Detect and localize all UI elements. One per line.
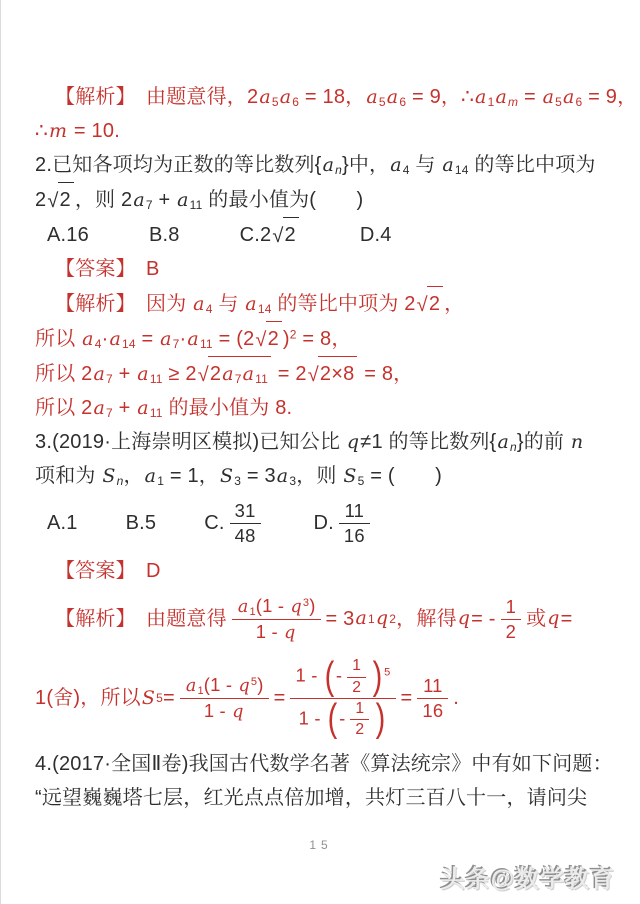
text-run: 【答案】 B xyxy=(55,258,160,280)
math-variable: a xyxy=(562,86,576,108)
text-line: 所以 2a7 + a11 的最小值为 8. xyxy=(35,391,615,425)
text-run: C. xyxy=(204,511,224,536)
subscript: 11 xyxy=(190,198,203,212)
text-run: ) xyxy=(257,674,263,695)
text-run: 的等比中项为 xyxy=(469,154,596,176)
subscript: 11 xyxy=(150,372,163,386)
text-line: 【解析】 因为 a4 与 a14 的等比中项为 22， xyxy=(35,286,615,321)
text-line: 22，则 2a7 + a11 的最小值为( ) xyxy=(35,182,615,217)
text-run: 1 - xyxy=(256,621,283,642)
math-variable: q xyxy=(231,702,244,722)
text-run: = - xyxy=(471,607,496,632)
text-run: 4.(2017·全国Ⅱ卷)我国古代数学名著《算法统宗》中有如下问题： xyxy=(35,753,613,775)
math-variable: q xyxy=(346,431,360,453)
text-line: 所以 a4·a14 = a7·a11 = (22)2 = 8， xyxy=(35,321,615,356)
math-variable: a xyxy=(92,363,106,385)
text-run: = xyxy=(136,328,159,350)
denominator: 48 xyxy=(230,524,261,548)
subscript: 7 xyxy=(146,198,153,212)
math-variable: q xyxy=(546,607,560,631)
text-run: + xyxy=(153,189,176,211)
math-variable: a xyxy=(474,86,488,108)
text-run: = xyxy=(163,686,175,711)
text-run: 2 xyxy=(355,721,364,738)
big-paren: ( xyxy=(324,662,334,693)
text-run: 1 xyxy=(355,700,364,717)
fraction: a1(1 - q5)1 - q xyxy=(180,673,269,723)
text-line: 1(舍)，所以 S5 = a1(1 - q5)1 - q = 1 - (-12)… xyxy=(35,650,615,746)
text-line: 所以 2a7 + a11 ≥ 22a7a11 = 22×8 = 8， xyxy=(35,356,615,391)
math-variable: S xyxy=(141,687,156,711)
text-run: . xyxy=(453,686,459,711)
text-run: 与 xyxy=(410,154,442,176)
text-run: 1 - xyxy=(299,708,326,729)
math-variable: a xyxy=(441,154,455,176)
text-run: = xyxy=(518,86,541,108)
numerator: 11 xyxy=(339,499,370,524)
text-run: 1 - xyxy=(295,665,322,686)
fraction: 1116 xyxy=(417,674,448,723)
denominator: 1 - q xyxy=(180,699,269,724)
fraction: 12 xyxy=(501,595,521,644)
math-variable: a xyxy=(136,397,150,419)
text-run: 1 xyxy=(506,596,516,617)
text-run: 11 xyxy=(345,500,365,521)
math-variable: a xyxy=(276,465,290,487)
fraction: 12 xyxy=(347,656,366,698)
page-number: 15 xyxy=(1,838,640,852)
numerator: a1(1 - q3) xyxy=(232,594,321,620)
text-run: ，则 2 xyxy=(75,189,132,211)
text-run: 2 xyxy=(35,189,46,211)
text-run: = 10. xyxy=(68,120,120,142)
text-run: = 9，∴ xyxy=(406,86,474,108)
text-run: 的最小值为 8. xyxy=(163,397,293,419)
text-run: 11 xyxy=(423,675,443,696)
numerator: 1 - (-12)5 xyxy=(290,656,395,699)
text-run: }的前 xyxy=(517,431,570,453)
sqrt-radical: 2 xyxy=(255,321,282,356)
subscript: n xyxy=(335,163,342,177)
text-run: 的最小值为( ) xyxy=(203,189,364,211)
text-run: “远望巍巍塔七层，红光点点倍加增，共灯三百八十一，请问尖 xyxy=(35,787,587,809)
text-run: 2 xyxy=(268,328,279,350)
text-run: 1 - xyxy=(204,700,231,721)
text-run: 所以 2 xyxy=(35,363,92,385)
watermark: 头条@数学教育 xyxy=(441,859,615,894)
text-run: 所以 xyxy=(35,328,81,350)
text-run: 1(舍)，所以 xyxy=(35,686,141,711)
radicand: 2 xyxy=(266,321,282,356)
numerator: 11 xyxy=(417,674,448,699)
text-line: 【答案】 B xyxy=(35,252,615,286)
fraction: a1(1 - q3)1 - q xyxy=(232,594,321,644)
sqrt-radical: 2a7a11 xyxy=(198,356,271,391)
text-run: B.5 xyxy=(126,511,157,536)
subscript: 11 xyxy=(150,406,163,420)
text-run: 16 xyxy=(344,525,365,546)
big-paren: ) xyxy=(373,662,383,693)
text-run: 31 xyxy=(235,500,256,521)
sqrt-radical: 2 xyxy=(47,182,74,217)
math-variable: a xyxy=(355,607,369,631)
math-variable: a xyxy=(244,293,258,315)
denominator: 16 xyxy=(417,699,448,723)
numerator: 1 xyxy=(347,656,366,677)
subscript: 7 xyxy=(106,372,113,386)
text-run: + xyxy=(113,397,136,419)
math-variable: a xyxy=(221,363,235,385)
subscript: 5 xyxy=(272,95,279,109)
text-run: = (2 xyxy=(213,328,255,350)
text-run: 2 xyxy=(285,224,296,246)
text-run: ≠1 的等比数列{ xyxy=(360,431,496,453)
numerator: a1(1 - q5) xyxy=(180,673,269,699)
text-run: C.2 xyxy=(240,224,272,246)
text-run: ) xyxy=(309,595,315,616)
text-run: = xyxy=(274,686,286,711)
fraction: 1116 xyxy=(339,499,370,548)
numerator: 1 xyxy=(350,699,369,720)
text-run: A.1 xyxy=(47,511,78,536)
text-run: = 1， xyxy=(164,465,219,487)
text-run: = 18， xyxy=(299,86,365,108)
text-run: 16 xyxy=(422,700,443,721)
text-run: 48 xyxy=(235,525,256,546)
text-run: - xyxy=(336,665,342,686)
text-line: 【答案】 D xyxy=(35,554,615,588)
math-variable: a xyxy=(494,86,508,108)
denominator: 1 - q xyxy=(232,620,321,645)
math-variable: a xyxy=(136,363,150,385)
math-variable: S xyxy=(219,465,234,487)
text-run: = 2 xyxy=(272,363,307,385)
text-line: 项和为 Sn，a1 = 1，S3 = 3a3，则 S5 = ( ) xyxy=(35,459,615,493)
sqrt-radical: 2×8 xyxy=(308,356,358,391)
sqrt-radical: 2 xyxy=(417,286,444,321)
text-run: + xyxy=(113,363,136,385)
math-variable: a xyxy=(159,328,173,350)
text-run: = 3 xyxy=(326,607,355,632)
text-run: = 3 xyxy=(241,465,276,487)
radicand: 2 xyxy=(283,217,299,252)
math-variable: n xyxy=(570,431,584,453)
text-run: 【解析】 由题意得，2 xyxy=(55,86,258,108)
text-line: ∴m = 10. xyxy=(35,114,615,148)
subscript: 11 xyxy=(200,337,213,351)
document-page: 【解析】 由题意得，2a5a6 = 18，a5a6 = 9，∴a1am = a5… xyxy=(1,0,640,904)
numerator: 1 xyxy=(501,595,521,620)
subscript: m xyxy=(508,95,518,109)
math-variable: a xyxy=(542,86,556,108)
math-variable: m xyxy=(48,120,68,142)
fraction: 12 xyxy=(350,699,369,741)
math-variable: S xyxy=(101,465,116,487)
sqrt-radical: 2 xyxy=(272,217,299,252)
radicand: 2 xyxy=(58,182,74,217)
text-run: 1 xyxy=(352,657,361,674)
text-run: (1 - xyxy=(256,595,290,616)
math-variable: a xyxy=(176,189,190,211)
denominator: 2 xyxy=(347,678,366,698)
text-run: = 9， xyxy=(582,86,637,108)
math-variable: a xyxy=(386,86,400,108)
subscript: 4 xyxy=(403,163,410,177)
math-variable: a xyxy=(496,431,510,453)
text-run: 与 xyxy=(213,293,245,315)
subscript: 7 xyxy=(173,337,180,351)
math-variable: q xyxy=(289,597,302,617)
big-paren: ( xyxy=(328,704,338,735)
math-variable: a xyxy=(322,154,336,176)
document-content: 【解析】 由题意得，2a5a6 = 18，a5a6 = 9，∴a1am = a5… xyxy=(1,0,640,815)
text-run: }中， xyxy=(342,154,389,176)
text-run: D.4 xyxy=(360,224,392,246)
text-run: = 8， xyxy=(358,363,413,385)
subscript: 11 xyxy=(255,372,268,386)
numerator: 31 xyxy=(230,499,261,524)
text-run: 项和为 xyxy=(35,465,101,487)
text-run: 2 xyxy=(352,679,361,696)
text-run: 2 xyxy=(60,189,71,211)
math-variable: S xyxy=(342,465,357,487)
math-variable: a xyxy=(365,86,379,108)
text-run: 2.已知各项均为正数的等比数列{ xyxy=(35,154,322,176)
text-run: 所以 2 xyxy=(35,397,92,419)
text-run: ∴ xyxy=(35,120,48,142)
text-line: 3.(2019·上海崇明区模拟)已知公比 q≠1 的等比数列{an}的前 n xyxy=(35,425,615,459)
text-line: A.1B.5C.3148D.1116 xyxy=(35,493,615,554)
text-run: 2 xyxy=(429,293,440,315)
text-run: 的等比中项为 2 xyxy=(272,293,416,315)
subscript: 7 xyxy=(235,372,242,386)
math-variable: a xyxy=(186,328,200,350)
text-run: = xyxy=(561,607,573,632)
fraction: 3148 xyxy=(230,499,261,548)
subscript: n xyxy=(510,440,517,454)
math-variable: q xyxy=(375,607,389,631)
radicand: 2 xyxy=(427,286,443,321)
text-line: A.16B.8C.22D.4 xyxy=(35,217,615,252)
fraction: 1 - (-12)51 - (-12) xyxy=(290,656,395,740)
denominator: 2 xyxy=(350,720,369,740)
text-run: ) xyxy=(283,328,290,350)
text-run: D. xyxy=(314,511,334,536)
text-run: 2×8 xyxy=(320,363,355,385)
subscript: 5 xyxy=(379,95,386,109)
text-line: 【解析】 由题意得a1(1 - q3)1 - q = 3a1q2，解得 q = … xyxy=(35,588,615,650)
text-run: = 8， xyxy=(297,328,352,350)
subscript: 5 xyxy=(555,95,562,109)
text-line: 【解析】 由题意得，2a5a6 = 18，a5a6 = 9，∴a1am = a5… xyxy=(35,80,615,114)
math-variable: a xyxy=(279,86,293,108)
text-run: 2 xyxy=(506,621,516,642)
text-run: 2 xyxy=(210,363,221,385)
text-run: B.8 xyxy=(149,224,180,246)
text-line: “远望巍巍塔七层，红光点点倍加增，共灯三百八十一，请问尖 xyxy=(35,781,615,815)
big-paren: ) xyxy=(376,704,386,735)
text-run: 或 xyxy=(526,607,546,632)
math-variable: a xyxy=(258,86,272,108)
radicand: 2a7a11 xyxy=(208,356,271,391)
math-variable: a xyxy=(132,189,146,211)
superscript: 5 xyxy=(384,667,390,679)
text-run: = ( ) xyxy=(364,465,442,487)
text-run: ， xyxy=(123,465,143,487)
subscript: 4 xyxy=(206,302,213,316)
text-line: 2.已知各项均为正数的等比数列{an}中，a4 与 a14 的等比中项为 xyxy=(35,148,615,182)
text-run: 【答案】 D xyxy=(55,560,161,582)
text-run: 【解析】 由题意得 xyxy=(55,607,227,632)
text-run: ≥ 2 xyxy=(163,363,197,385)
radicand: 2×8 xyxy=(318,356,358,391)
text-run: ，解得 xyxy=(396,607,457,632)
math-variable: a xyxy=(92,397,106,419)
math-variable: a xyxy=(237,597,250,617)
denominator: 16 xyxy=(339,524,370,548)
superscript: 2 xyxy=(290,327,297,341)
subscript: 7 xyxy=(106,406,113,420)
text-run: (1 - xyxy=(204,674,238,695)
math-variable: a xyxy=(144,465,158,487)
text-run: = xyxy=(401,686,413,711)
text-line: 4.(2017·全国Ⅱ卷)我国古代数学名著《算法统宗》中有如下问题： xyxy=(35,747,615,781)
math-variable: q xyxy=(457,607,471,631)
denominator: 2 xyxy=(501,620,521,644)
math-variable: a xyxy=(185,676,198,696)
subscript: 14 xyxy=(455,163,469,177)
math-variable: a xyxy=(242,363,256,385)
text-run: ，则 xyxy=(296,465,342,487)
math-variable: a xyxy=(81,328,95,350)
math-variable: a xyxy=(192,293,206,315)
math-variable: a xyxy=(108,328,122,350)
subscript: 14 xyxy=(122,337,136,351)
text-run: 3.(2019·上海崇明区模拟)已知公比 xyxy=(35,431,346,453)
subscript: 4 xyxy=(95,337,102,351)
math-variable: q xyxy=(238,676,251,696)
text-run: - xyxy=(339,708,345,729)
math-variable: a xyxy=(389,154,403,176)
text-run: ， xyxy=(444,293,464,315)
text-run: 【解析】 因为 xyxy=(55,293,192,315)
text-run: A.16 xyxy=(47,224,89,246)
math-variable: q xyxy=(283,623,296,643)
denominator: 1 - (-12) xyxy=(290,699,395,741)
subscript: 14 xyxy=(258,302,272,316)
